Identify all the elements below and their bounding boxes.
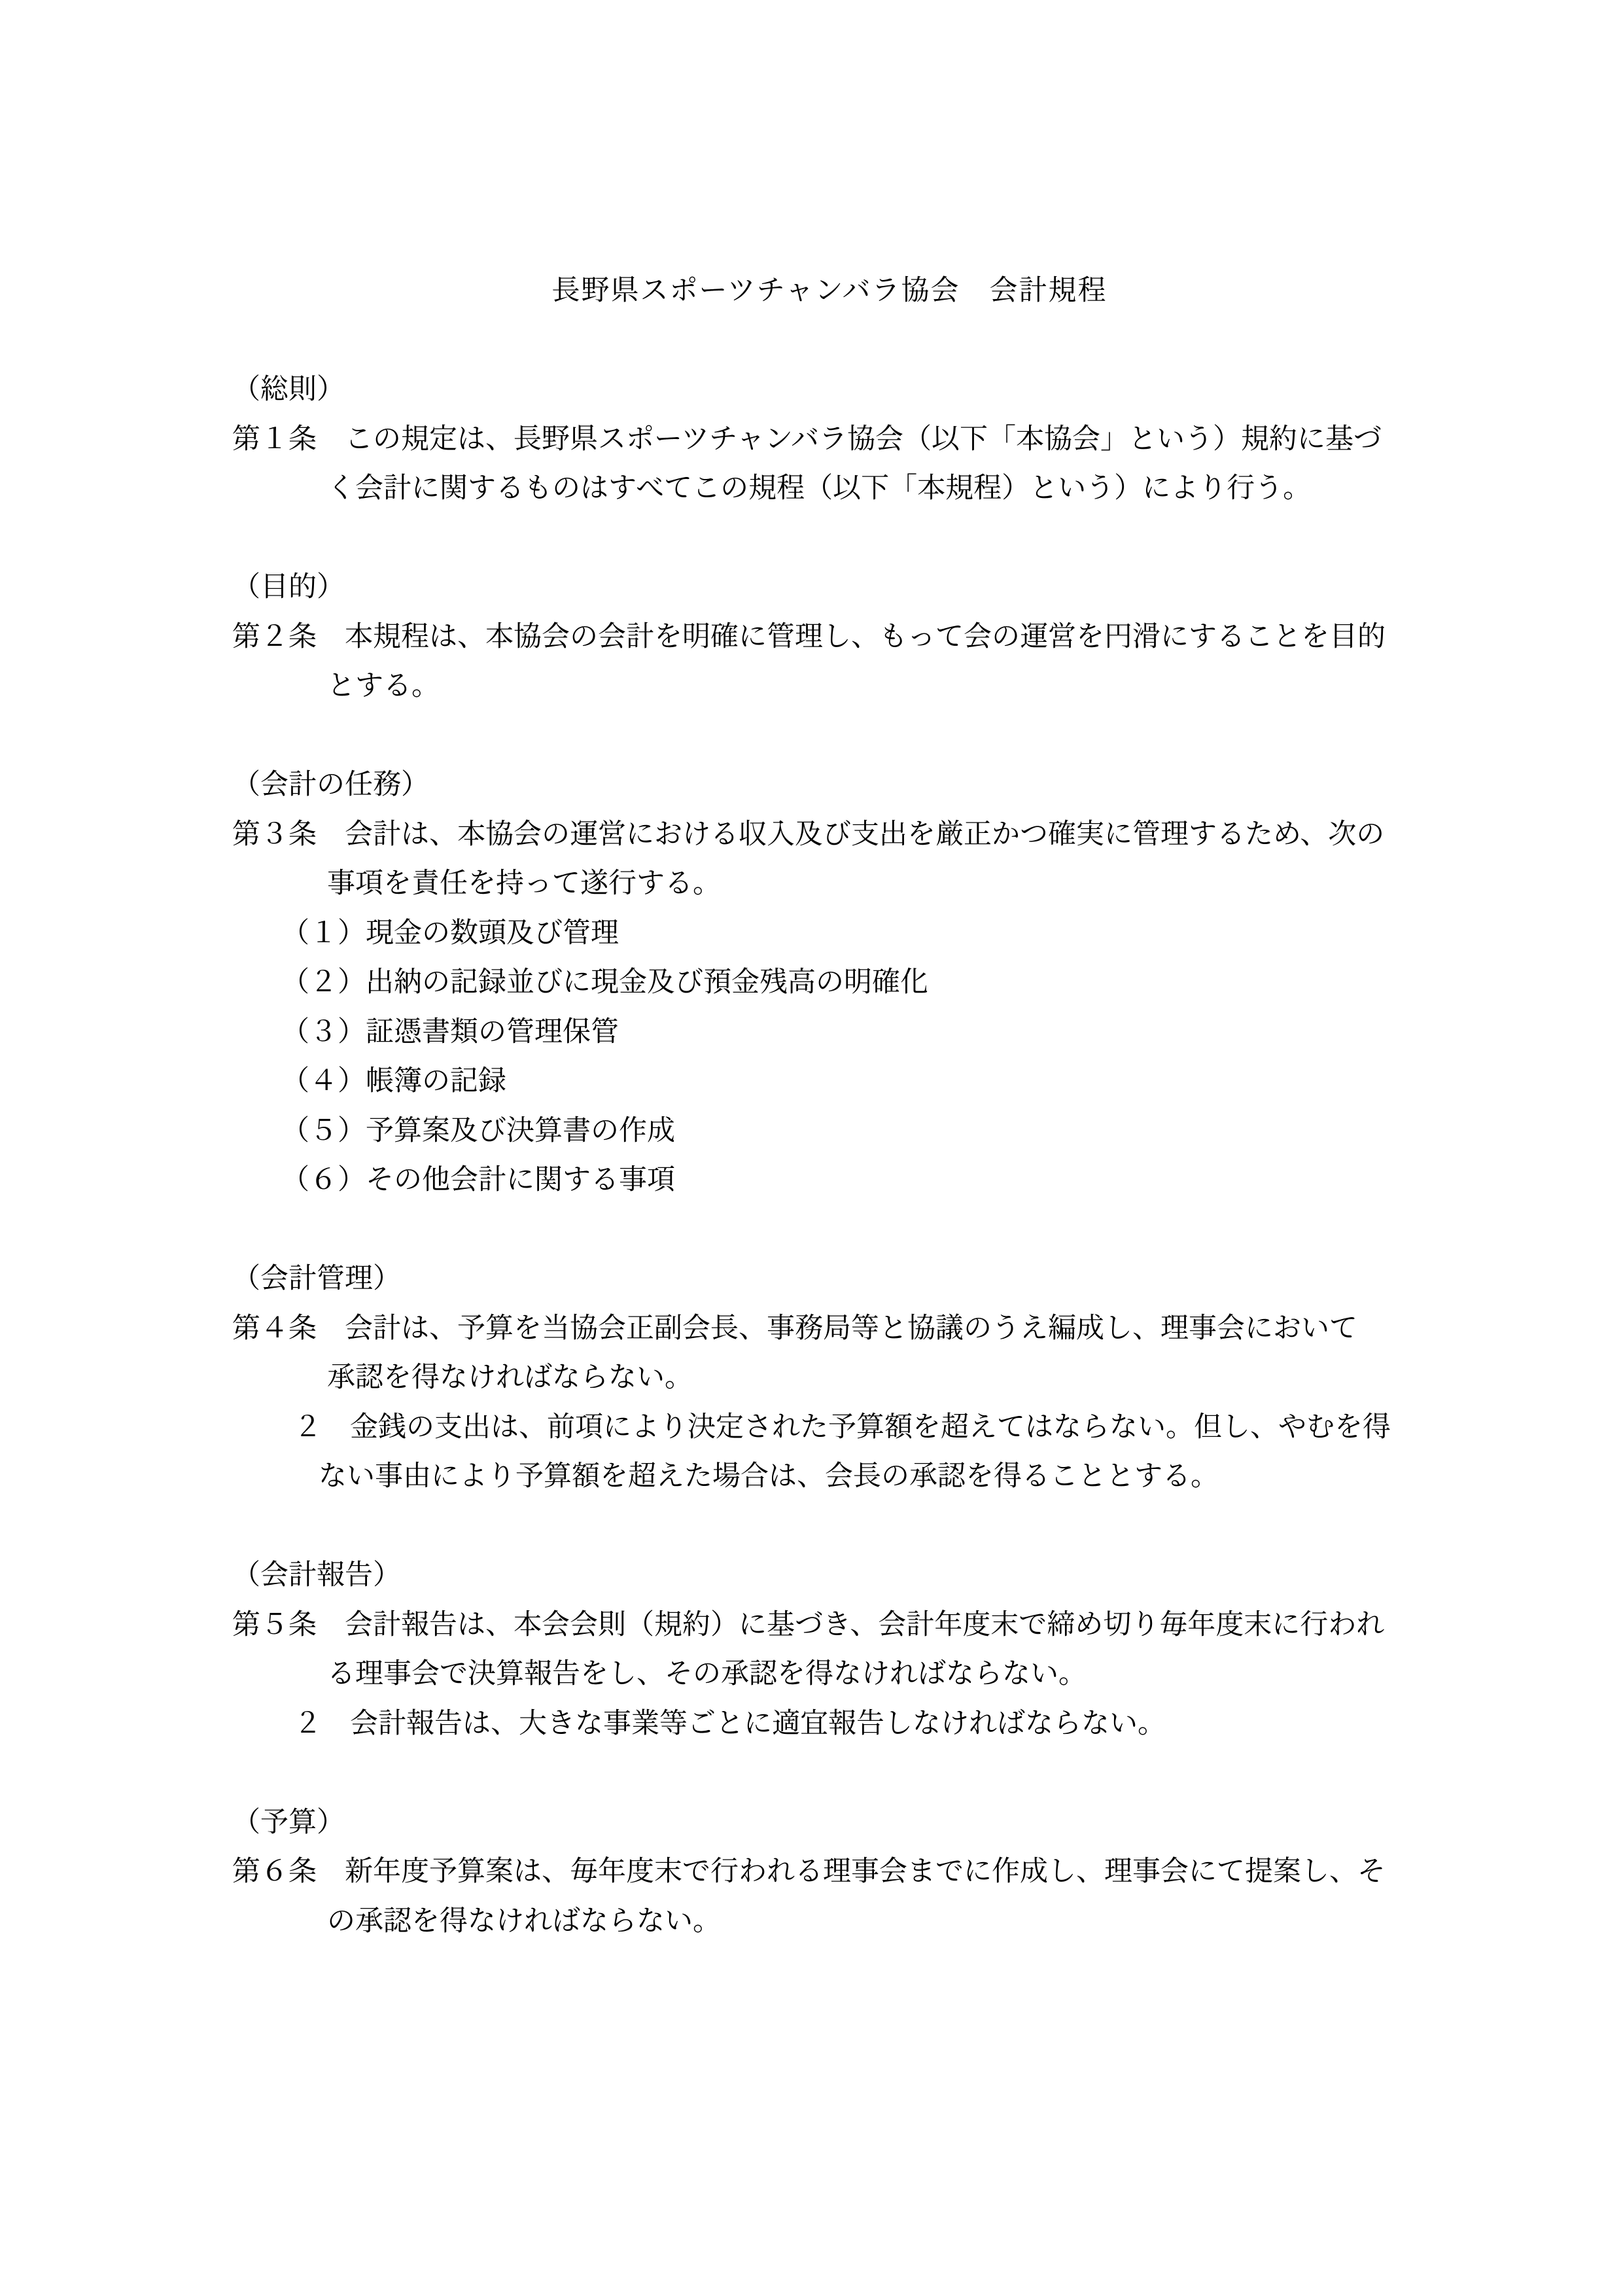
list-item: （４）帳簿の記録: [232, 1057, 1427, 1106]
section-accounting-management: （会計管理） 第４条 会計は、予算を当協会正副会長、事務局等と協議のうえ編成し、…: [232, 1254, 1427, 1502]
section-heading: （予算）: [232, 1798, 1427, 1848]
list-item: （３）証憑書類の管理保管: [232, 1008, 1427, 1057]
list-item: （５）予算案及び決算書の作成: [232, 1106, 1427, 1156]
section-general: （総則） 第１条 この規定は、長野県スポーツチャンバラ協会（以下「本協会」という…: [232, 365, 1427, 514]
article-first-line: 第３条 会計は、本協会の運営における収入及び支出を厳正かつ確実に管理するため、次…: [232, 810, 1427, 860]
list-item: （２）出納の記録並びに現金及び預金残高の明確化: [232, 958, 1427, 1008]
section-heading: （目的）: [232, 563, 1427, 612]
article-continuation-line: の承認を得なければならない。: [232, 1897, 1427, 1947]
article-continuation-line: 承認を得なければならない。: [232, 1353, 1427, 1403]
section-accounting-duties: （会計の任務） 第３条 会計は、本協会の運営における収入及び支出を厳正かつ確実に…: [232, 760, 1427, 1205]
article-continuation-line: く会計に関するものはすべてこの規程（以下「本規程）という）により行う。: [232, 464, 1427, 514]
article-first-line: 第４条 会計は、予算を当協会正副会長、事務局等と協議のうえ編成し、理事会において: [232, 1304, 1427, 1354]
subitem-continuation-line: ない事由により予算額を超えた場合は、会長の承認を得ることとする。: [232, 1452, 1427, 1502]
document-page: 長野県スポーツチャンバラ協会 会計規程 （総則） 第１条 この規定は、長野県スポ…: [0, 0, 1623, 2296]
section-heading: （総則）: [232, 365, 1427, 415]
article-first-line: 第１条 この規定は、長野県スポーツチャンバラ協会（以下「本協会」という）規約に基…: [232, 415, 1427, 465]
subitem-first-line: ２ 金銭の支出は、前項により決定された予算額を超えてはならない。但し、やむを得: [232, 1403, 1427, 1453]
section-heading: （会計報告）: [232, 1551, 1427, 1600]
article-continuation-line: とする。: [232, 662, 1427, 711]
document-title: 長野県スポーツチャンバラ協会 会計規程: [232, 266, 1427, 316]
list-item: （１）現金の数頭及び管理: [232, 909, 1427, 959]
article-first-line: 第２条 本規程は、本協会の会計を明確に管理し、もって会の運営を円滑にすることを目…: [232, 612, 1427, 662]
section-purpose: （目的） 第２条 本規程は、本協会の会計を明確に管理し、もって会の運営を円滑にす…: [232, 563, 1427, 711]
section-heading: （会計の任務）: [232, 760, 1427, 810]
section-heading: （会計管理）: [232, 1254, 1427, 1304]
article-first-line: 第６条 新年度予算案は、毎年度末で行われる理事会までに作成し、理事会にて提案し、…: [232, 1847, 1427, 1897]
article-continuation-line: 事項を責任を持って遂行する。: [232, 859, 1427, 909]
section-accounting-report: （会計報告） 第５条 会計報告は、本会会則（規約）に基づき、会計年度末で締め切り…: [232, 1551, 1427, 1748]
section-budget: （予算） 第６条 新年度予算案は、毎年度末で行われる理事会までに作成し、理事会に…: [232, 1798, 1427, 1947]
subitem-first-line: ２ 会計報告は、大きな事業等ごとに適宜報告しなければならない。: [232, 1699, 1427, 1749]
list-item: （６）その他会計に関する事項: [232, 1156, 1427, 1205]
article-continuation-line: る理事会で決算報告をし、その承認を得なければならない。: [232, 1650, 1427, 1699]
article-first-line: 第５条 会計報告は、本会会則（規約）に基づき、会計年度末で締め切り毎年度末に行わ…: [232, 1600, 1427, 1650]
